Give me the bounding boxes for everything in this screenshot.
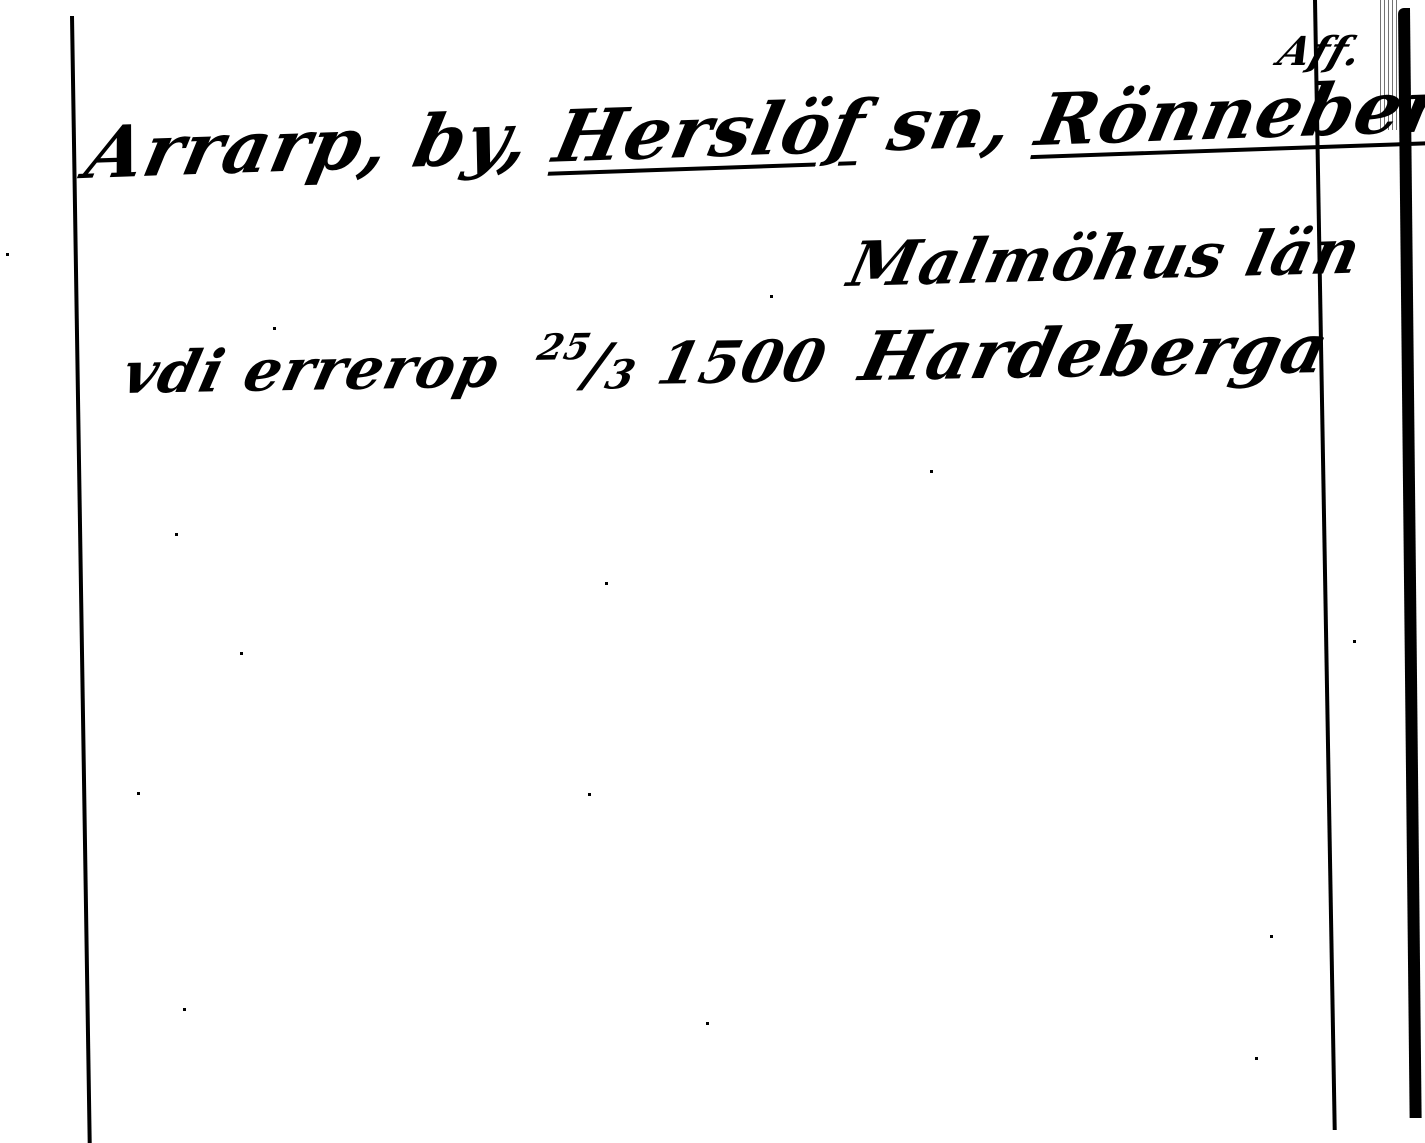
source-line: vdi errerop25/3 1500Hardeberga [116, 309, 1337, 410]
date: 25/3 1500 [526, 327, 833, 400]
scan-speck [6, 253, 9, 256]
scan-speck [770, 295, 773, 298]
right-margin-rule [1313, 0, 1337, 1130]
parish-suffix: sn, [855, 77, 1048, 168]
date-year: 1500 [651, 327, 833, 398]
parish-name: Herslöf [547, 83, 873, 179]
scan-speck [588, 793, 591, 796]
date-month: 3 [601, 351, 641, 398]
index-card: Aff. Arrarp, by, Herslöf sn, Rönneberga … [0, 0, 1425, 1143]
date-day: 25 [534, 326, 596, 369]
scan-speck [273, 327, 276, 330]
card-right-edge [1398, 8, 1422, 1118]
scan-speck [605, 582, 608, 585]
scan-speck [1255, 1057, 1258, 1060]
hundred-name: Rönneberga [1029, 60, 1425, 162]
heading-line-place: Arrarp, by, Herslöf sn, Rönneberga hd. [79, 54, 1425, 195]
scan-speck [175, 533, 178, 536]
scan-speck [240, 652, 243, 655]
scan-speck [183, 1008, 186, 1011]
scan-speck [1353, 640, 1356, 643]
place-name: Arrarp, by, [79, 94, 565, 195]
source-prefix: vdi errerop [116, 333, 506, 407]
scan-speck [1270, 935, 1273, 938]
scan-speck [137, 792, 140, 795]
county-line: Malmöhus län [842, 215, 1368, 301]
scan-speck [930, 470, 933, 473]
scan-speck [706, 1022, 709, 1025]
source-place: Hardeberga [853, 309, 1337, 397]
